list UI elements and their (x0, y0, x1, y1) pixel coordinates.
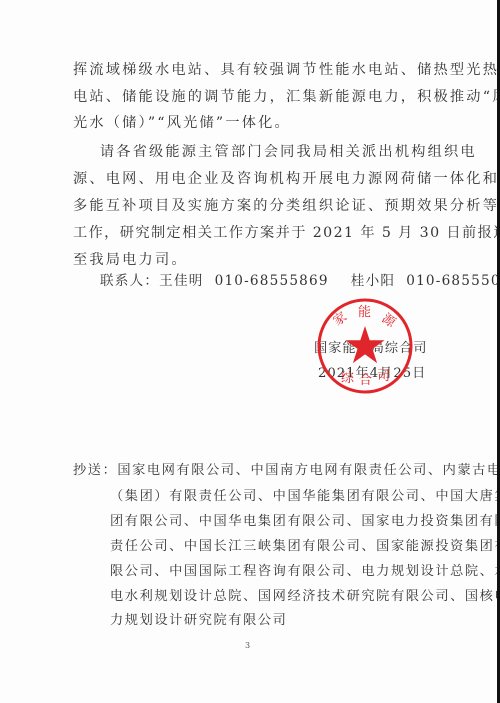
svg-text:能: 能 (358, 304, 371, 320)
cc-line-1: （集团）有限责任公司、中国华能集团有限公司、中国大唐集 (110, 488, 500, 506)
paragraph-2-line-1: 请各省级能源主管部门会同我局相关派出机构组织电 (73, 143, 477, 161)
svg-text:源: 源 (379, 311, 399, 331)
cc-line-2: 团有限公司、中国华电集团有限公司、国家电力投资集团有限 (110, 513, 500, 531)
cc-line-5: 电水利规划设计总院、国网经济技术研究院有限公司、国核电 (110, 588, 500, 606)
issuer-name: 国家能源局综合司 (314, 340, 428, 358)
paragraph-2-line-3: 多能互补项目及实施方案的分类组织论证、预期效果分析等 (73, 197, 499, 215)
paragraph-2-line-5: 至我局电力司。 (73, 251, 188, 269)
cc-line-6: 力规划设计研究院有限公司 (110, 612, 287, 630)
page-number: 3 (245, 641, 250, 650)
paragraph-2-line-2: 源、电网、用电企业及咨询机构开展电力源网荷储一体化和 (73, 170, 499, 188)
document-page: 挥流域梯级水电站、具有较强调节性能水电站、储热型光热 电站、储能设施的调节能力，… (0, 0, 497, 703)
cc-first-line: 抄送：国家电网有限公司、中国南方电网有限责任公司、内蒙古电力 (73, 462, 500, 480)
cc-line-4: 限公司、中国国际工程咨询有限公司、电力规划设计总院、水 (110, 563, 500, 581)
paragraph-1-line-1: 挥流域梯级水电站、具有较强调节性能水电站、储热型光热 (73, 61, 499, 79)
paragraph-1-line-3: 光水（储）”“风光储”一体化。 (73, 114, 291, 132)
svg-text:家: 家 (331, 310, 350, 330)
issue-date: 2021年4月25日 (318, 365, 426, 383)
paragraph-2-line-4: 工作，研究制定相关工作方案并于 2021 年 5 月 30 日前报送 (73, 224, 500, 242)
paragraph-1-line-2: 电站、储能设施的调节能力，汇集新能源电力，积极推动“风 (73, 88, 500, 106)
contact-line: 联系人：王佳明 010-68555869 桂小阳 010-68555067 (100, 272, 500, 290)
cc-line-3: 责任公司、中国长江三峡集团有限公司、国家能源投资集团有 (110, 538, 500, 556)
